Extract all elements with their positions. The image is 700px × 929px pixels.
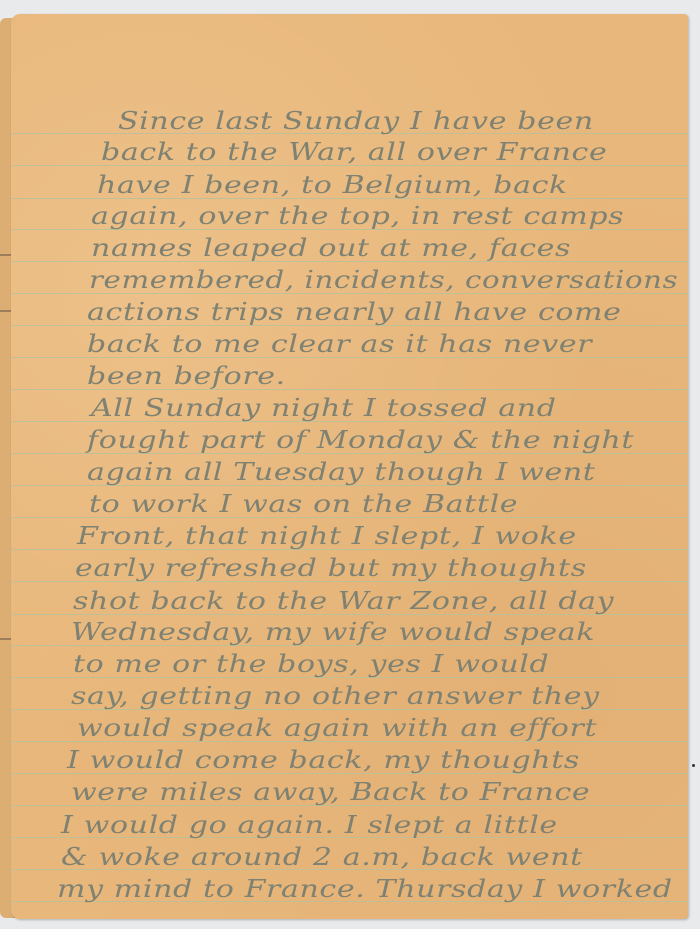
text-line: early refreshed but my thoughts (75, 554, 587, 582)
text-line: names leaped out at me, faces (91, 234, 571, 262)
text-line: actions trips nearly all have come (87, 298, 622, 326)
text-line: Since last Sunday I have been (118, 107, 594, 135)
text-line: & woke around 2 a.m, back went (61, 843, 583, 871)
notebook-page: Since last Sunday I have been back to th… (11, 14, 688, 919)
text-line: I would come back, my thoughts (67, 746, 580, 774)
text-line: Wednesday, my wife would speak (71, 618, 595, 646)
text-line: All Sunday night I tossed and (91, 394, 557, 422)
text-line: to me or the boys, yes I would (73, 650, 549, 678)
scan-speck (692, 764, 695, 767)
text-line: shot back to the War Zone, all day (73, 587, 614, 615)
text-line: back to me clear as it has never (87, 330, 592, 358)
text-line: would speak again with an effort (77, 714, 597, 742)
text-line: I would go again. I slept a little (61, 811, 558, 839)
text-line: remembered, incidents, conversations (89, 266, 678, 294)
text-line: have I been, to Belgium, back (97, 171, 568, 199)
text-line: again all Tuesday though I went (87, 458, 595, 486)
handwritten-text: Since last Sunday I have been back to th… (11, 14, 688, 919)
text-line: say, getting no other answer they (71, 682, 600, 710)
text-line: again, over the top, in rest camps (91, 202, 624, 230)
text-line: been before. (87, 362, 286, 390)
text-line: Front, that night I slept, I woke (77, 522, 577, 550)
text-line: were miles away, Back to France (71, 778, 590, 806)
text-line: to work I was on the Battle (89, 490, 518, 518)
text-line: my mind to France. Thursday I worked (57, 875, 673, 903)
text-line: fought part of Monday & the night (87, 426, 634, 454)
text-line: back to the War, all over France (101, 138, 607, 166)
